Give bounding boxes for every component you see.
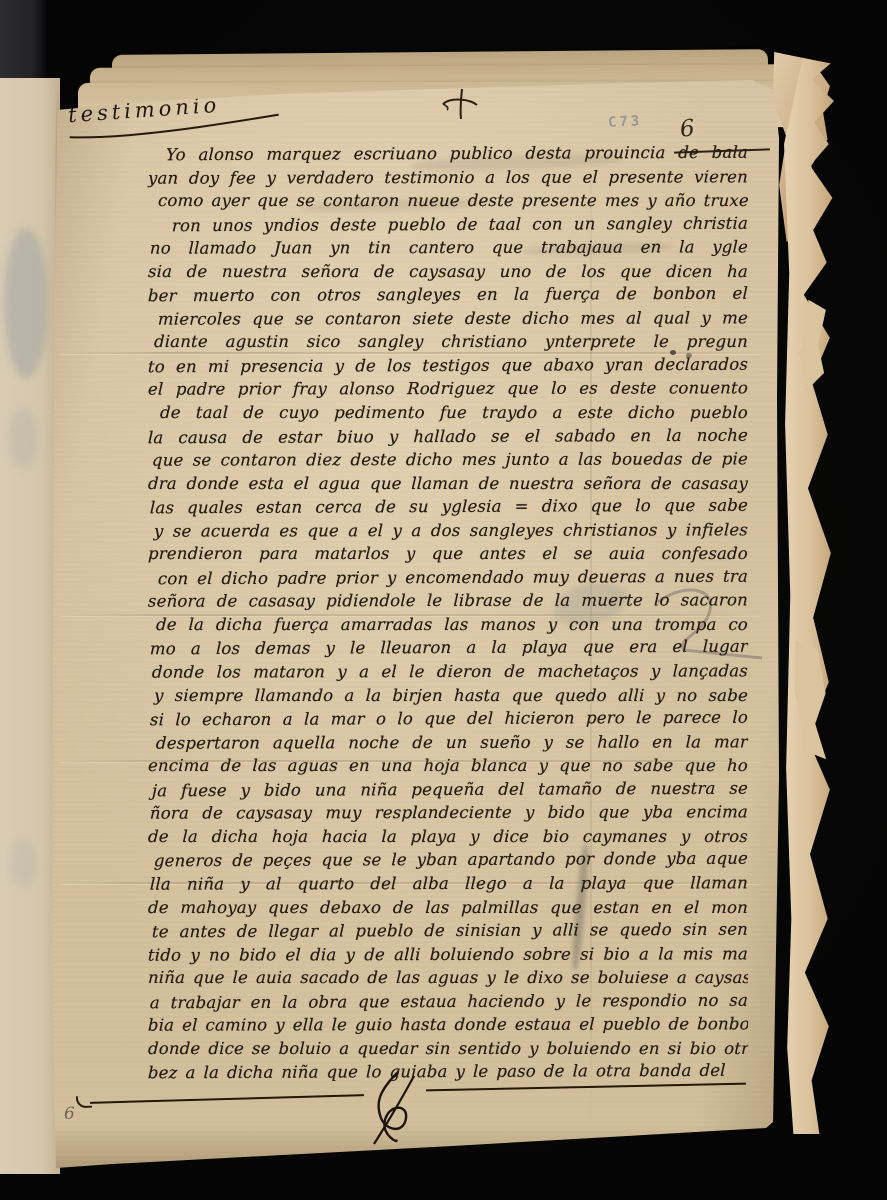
- manuscript-line: las quales estan cerca de su yglesia = d…: [148, 494, 749, 520]
- notary-rubric-flourish: [358, 1068, 432, 1150]
- manuscript-line: dra donde esta el agua que llaman de nue…: [148, 472, 749, 496]
- manuscript-line: el padre prior fray alonso Rodriguez que…: [148, 377, 749, 402]
- manuscript-line: de mahoyay ques debaxo de las palmillas …: [148, 895, 749, 919]
- manuscript-line: sia de nuestra señora de caysasay uno de…: [148, 260, 749, 284]
- book-spine: [0, 0, 46, 82]
- manuscript-line: niña que le auia sacado de las aguas y l…: [148, 966, 749, 990]
- manuscript-line: generos de peçes que se le yban apartand…: [148, 847, 749, 873]
- manuscript-line: ja fuese y bido una niña pequeña del tam…: [148, 776, 749, 802]
- damaged-page-edge: [783, 58, 835, 1134]
- manuscript-line: yan doy fee y verdadero testimonio a los…: [148, 165, 749, 190]
- manuscript-line: mo a los demas y le lleuaron a la playa …: [148, 635, 749, 661]
- manuscript-line: ron unos yndios deste pueblo de taal con…: [148, 211, 749, 237]
- manuscript-line: tido y no bido el dia y de alli boluiend…: [148, 942, 749, 967]
- closing-rule-left: [90, 1094, 364, 1104]
- manuscript-line: ber muerto con otros sangleyes en la fue…: [148, 282, 749, 308]
- manuscript-line: no llamado Juan yn tin cantero que traba…: [148, 236, 749, 261]
- ink-showthrough: [8, 408, 38, 468]
- manuscript-line: te antes de llegar al pueblo de sinisian…: [148, 918, 749, 944]
- manuscript-line: de la dicha fuerça amarradas las manos y…: [148, 613, 749, 637]
- manuscript-line: encima de las aguas en una hoja blanca y…: [148, 754, 749, 778]
- scanned-manuscript-scene: 8 testimonio 6 C73: [0, 0, 887, 1200]
- closing-rule-right: [426, 1083, 746, 1092]
- archive-stamp: C73: [608, 113, 643, 131]
- manuscript-line: y siempre llamando a la birjen hasta que…: [148, 684, 749, 708]
- manuscript-line: señora de casasay pidiendole le librase …: [148, 589, 749, 614]
- manuscript-line: donde dice se boluio a quedar sin sentid…: [148, 1037, 749, 1061]
- manuscript-line: lla niña y al quarto del alba llego a la…: [148, 871, 749, 896]
- pencil-folio-number: 6: [64, 1104, 75, 1124]
- manuscript-text: Yo alonso marquez escriuano publico dest…: [148, 142, 748, 1084]
- ink-showthrough: [10, 838, 36, 888]
- manuscript-line: si lo echaron a la mar o lo que del hici…: [148, 706, 749, 732]
- manuscript-page: testimonio 6 C73 Yo alonso marquez escri…: [52, 78, 779, 1168]
- manuscript-line: a trabajar en la obra que estaua haciend…: [148, 988, 749, 1014]
- manuscript-line: bia el camino y ella le guio hasta donde…: [148, 1013, 749, 1038]
- manuscript-line: to en mi presencia y de los testigos que…: [148, 353, 749, 379]
- folio-number: 6: [679, 115, 696, 142]
- cross-icon: [440, 86, 480, 122]
- manuscript-line: donde los mataron y a el le dieron de ma…: [148, 659, 749, 684]
- manuscript-line: de la dicha hoja hacia la playa y dice b…: [148, 825, 749, 849]
- manuscript-line: prendieron para matarlos y que antes el …: [148, 542, 749, 566]
- manuscript-line: que se contaron diez deste dicho mes jun…: [148, 447, 749, 472]
- manuscript-line: con el dicho padre prior y encomendado m…: [148, 565, 749, 591]
- manuscript-line: ñora de caysasay muy resplandeciente y b…: [148, 801, 749, 826]
- manuscript-line: la causa de estar biuo y hallado se el s…: [148, 423, 749, 449]
- manuscript-line: diante agustin sico sangley christiano y…: [148, 330, 749, 354]
- left-page-margin: [0, 78, 60, 1174]
- manuscript-line: de taal de cuyo pedimento fue traydo a e…: [148, 401, 749, 425]
- manuscript-line: como ayer que se contaron nueue deste pr…: [148, 189, 749, 213]
- manuscript-line: despertaron aquella noche de un sueño y …: [148, 730, 749, 755]
- manuscript-line: Yo alonso marquez escriuano publico dest…: [148, 141, 749, 167]
- manuscript-line: bez a la dicha niña que lo guiaba y le p…: [148, 1059, 749, 1085]
- manuscript-line: miercoles que se contaron siete deste di…: [148, 306, 749, 331]
- ink-showthrough: [4, 228, 48, 378]
- manuscript-line: y se acuerda es que a el y a dos sangley…: [148, 518, 749, 543]
